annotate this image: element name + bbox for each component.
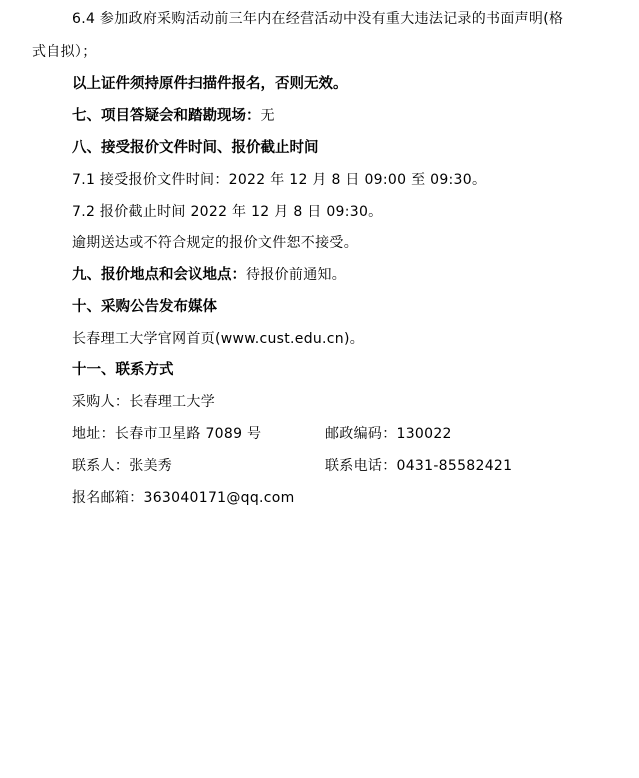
address-label: 地址： [72, 426, 115, 442]
section7-line: 七、项目答疑会和踏勘现场：无 [72, 107, 275, 125]
section8-heading: 八、接受报价文件时间、报价截止时间 [72, 139, 319, 157]
email-label: 报名邮箱： [72, 490, 144, 506]
item-6-4-text-part1: 6.4 参加政府采购活动前三年内在经营活动中没有重大违法记录的书面声明(格 [72, 11, 563, 27]
section8-item1: 7.1 接受报价文件时间：2022 年 12 月 8 日 09:00 至 09:… [72, 171, 486, 189]
address-postcode-line: 地址：长春市卫星路 7089 号 邮政编码：130022 [72, 425, 632, 443]
section9-line: 九、报价地点和会议地点：待报价前通知。 [72, 266, 346, 284]
section10-heading-text: 十、采购公告发布媒体 [72, 299, 217, 315]
phone-value: 0431-85582421 [397, 458, 513, 474]
section11-heading: 十一、联系方式 [72, 361, 174, 379]
section8-item1-value: 2022 年 12 月 8 日 09:00 至 09:30。 [229, 172, 487, 188]
section9-heading: 九、报价地点和会议地点： [72, 267, 246, 283]
section8-note: 逾期送达或不符合规定的报价文件恕不接受。 [72, 234, 358, 252]
email-value: 363040171@qq.com [144, 490, 295, 506]
section8-item1-label: 7.1 接受报价文件时间： [72, 172, 229, 188]
section8-note-text: 逾期送达或不符合规定的报价文件恕不接受。 [72, 235, 358, 251]
address-value: 长春市卫星路 7089 号 [115, 426, 261, 442]
contact-value: 张美秀 [129, 458, 172, 474]
postcode-value: 130022 [397, 426, 452, 442]
section8-item2: 7.2 报价截止时间 2022 年 12 月 8 日 09:30。 [72, 203, 382, 221]
email-line: 报名邮箱：363040171@qq.com [72, 489, 295, 507]
notice-originals: 以上证件须持原件扫描件报名，否则无效。 [72, 75, 348, 93]
item-6-4-text-part2: 式自拟）； [32, 44, 97, 60]
purchaser-line: 采购人：长春理工大学 [72, 393, 215, 411]
contact-phone-line: 联系人：张美秀 联系电话：0431-85582421 [72, 457, 632, 475]
phone-group: 联系电话：0431-85582421 [325, 457, 512, 475]
item-6-4-line2: 式自拟）； [32, 43, 97, 61]
phone-label: 联系电话： [325, 458, 397, 474]
section11-heading-text: 十一、联系方式 [72, 362, 174, 378]
section10-heading: 十、采购公告发布媒体 [72, 298, 217, 316]
section8-heading-text: 八、接受报价文件时间、报价截止时间 [72, 140, 319, 156]
section8-item2-value: 2022 年 12 月 8 日 09:30。 [190, 204, 382, 220]
postcode-group: 邮政编码：130022 [325, 425, 452, 443]
section10-media-text: 长春理工大学官网首页(www.cust.edu.cn)。 [72, 331, 364, 347]
purchaser-value: 长春理工大学 [129, 394, 215, 410]
section10-media: 长春理工大学官网首页(www.cust.edu.cn)。 [72, 330, 364, 348]
notice-originals-text: 以上证件须持原件扫描件报名，否则无效。 [72, 76, 348, 92]
postcode-label: 邮政编码： [325, 426, 397, 442]
purchaser-label: 采购人： [72, 394, 129, 410]
section8-item2-label: 7.2 报价截止时间 [72, 204, 190, 220]
item-6-4-line1: 6.4 参加政府采购活动前三年内在经营活动中没有重大违法记录的书面声明(格 [72, 10, 563, 28]
section7-heading: 七、项目答疑会和踏勘现场： [72, 108, 261, 124]
section7-value: 无 [261, 108, 275, 124]
section9-value: 待报价前通知。 [246, 267, 346, 283]
contact-label: 联系人： [72, 458, 129, 474]
